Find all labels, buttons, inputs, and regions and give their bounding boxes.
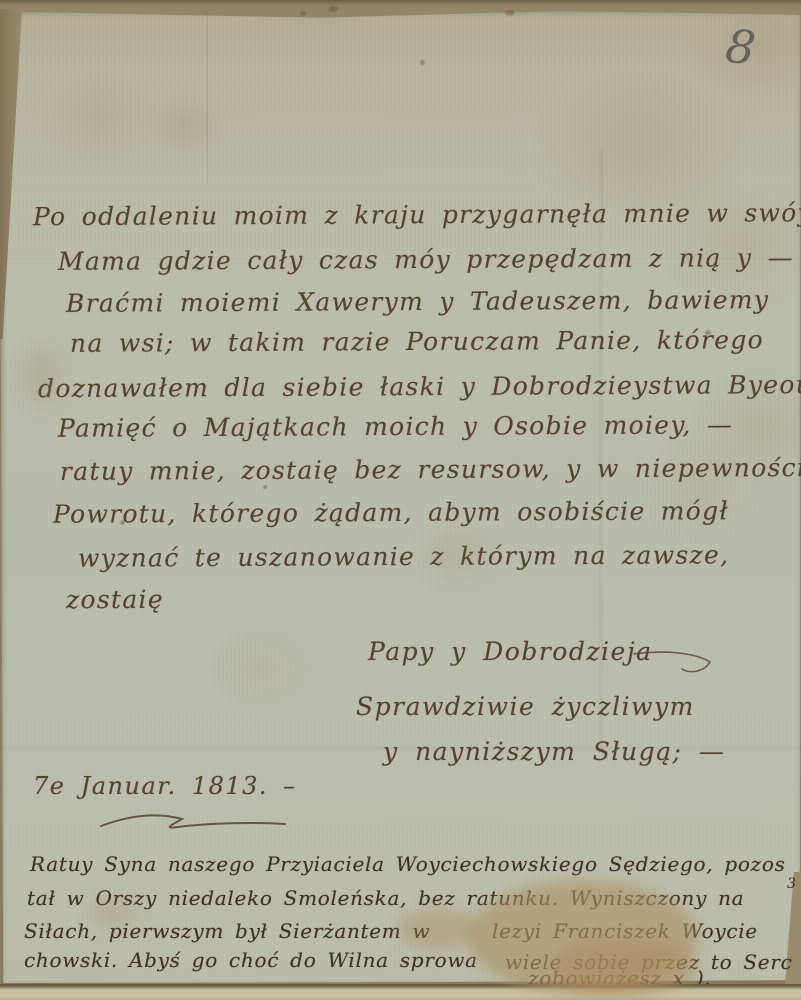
closing-line: Papy y Dobrodzieja (368, 637, 652, 666)
postscript-continuation-mark: 3 (787, 876, 796, 892)
postscript-line-fragment: lezyi Franciszek Woycie (492, 919, 758, 943)
letter-line: Powrotu, którego żądam, abym osobiście m… (53, 496, 729, 529)
speck (505, 10, 514, 16)
letter-line: Pamięć o Majątkach moich y Osobie moiey,… (58, 410, 733, 443)
letter-line: zostaię (66, 585, 164, 615)
postscript-line: tał w Orszy niedaleko Smoleńska, bez rat… (27, 886, 744, 910)
manuscript-scan: 8 Po oddaleniu moim z kraju przygarnęła … (0, 0, 801, 1000)
speck (263, 485, 267, 489)
postscript-line-fragment: chowski. Abyś go choć do Wilna sprowa (24, 948, 478, 972)
letter-line: na wsi; w takim razie Poruczam Panie, kt… (70, 325, 764, 358)
letter-line: doznawałem dla siebie łaski y Dobrodziey… (38, 370, 801, 403)
speck (300, 11, 306, 16)
letter-line: Po oddaleniu moim z kraju przygarnęła mn… (33, 198, 801, 231)
letter-line: Mama gdzie cały czas móy przepędzam z ni… (58, 243, 794, 276)
closing-line: y nayniższym Sługą; — (383, 737, 725, 766)
letter-line: Braćmi moiemi Xawerym y Tadeuszem, bawie… (66, 285, 769, 318)
date-flourish-rule (98, 810, 288, 838)
closing-line: Sprawdziwie życzliwym (356, 692, 695, 721)
postscript-line-fragment: Siłach, pierwszym był Sierżantem w (24, 919, 430, 943)
letter-line: ratuy mnie, zostaię bez resursow, y w ni… (60, 453, 801, 486)
closing-flourish (632, 648, 716, 680)
date-line: 7e Januar. 1813. – (33, 772, 297, 800)
postscript-line: Ratuy Syna naszego Przyiaciela Woyciecho… (30, 852, 786, 876)
letter-line: wyznać te uszanowanie z którym na zawsze… (78, 540, 729, 572)
speck (328, 6, 338, 12)
underlying-sheet-edge (0, 984, 801, 1000)
speck (420, 60, 425, 65)
